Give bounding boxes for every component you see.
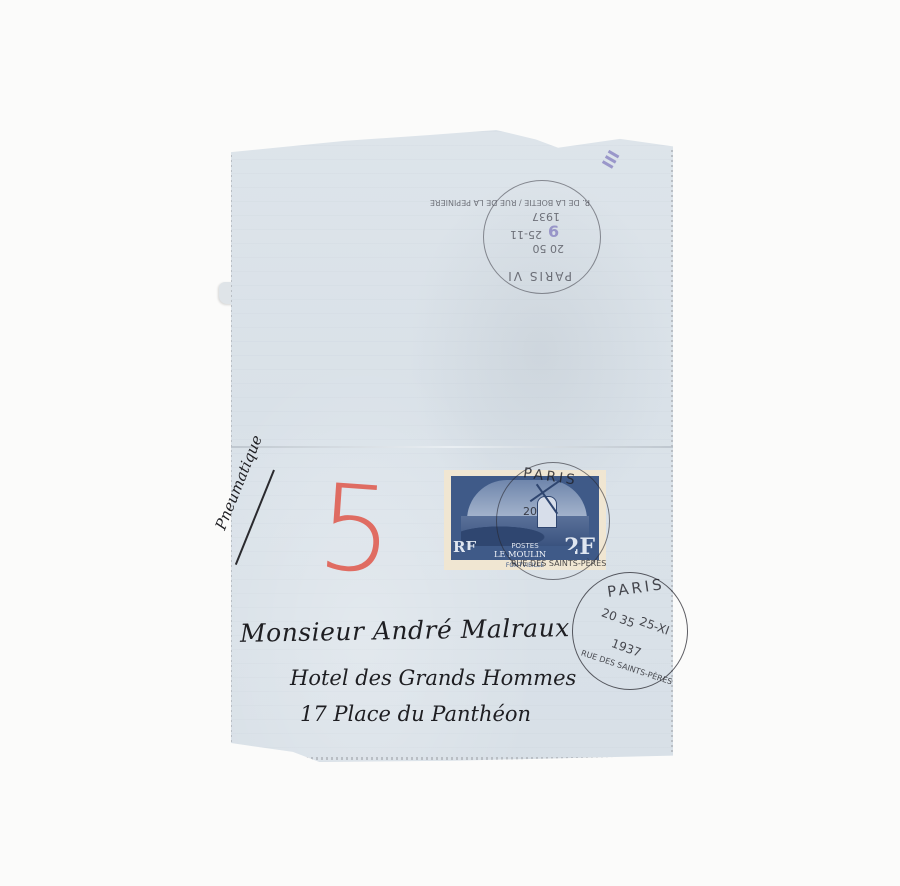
postmark-back-date: 25-11 xyxy=(510,228,542,241)
postmark-stamp-cancel: PARIS 20 RUE DES SAINTS-PÈRES xyxy=(496,462,610,580)
perforation-bottom xyxy=(291,757,673,760)
postmark-stamp-office: RUE DES SAINTS-PÈRES xyxy=(511,559,606,568)
postmark-front-time: 20 35 xyxy=(600,606,637,631)
postmark-back-office: R. DE LA BOETIE / RUE DE LA PEPINIERE xyxy=(430,198,590,207)
address-line-2: 17 Place du Panthéon xyxy=(300,702,531,726)
address-line-1: Hotel des Grands Hommes xyxy=(290,666,576,690)
fold-line xyxy=(231,446,673,448)
postmark-stamp-time: 20 xyxy=(523,505,537,518)
postmark-front-date: 25-XI xyxy=(638,614,672,638)
postmark-stamp-location: PARIS xyxy=(522,465,579,488)
torn-flap xyxy=(219,282,233,304)
postmark-back: PARIS VI 20 50 25-11 1937 R. DE LA BOETI… xyxy=(483,180,601,294)
address-recipient: Monsieur André Malraux xyxy=(240,613,570,648)
postmark-back-time: 20 50 xyxy=(533,242,565,255)
violet-mark-number: 6 xyxy=(548,222,559,241)
red-pencil-number: 5 xyxy=(314,468,397,591)
postmark-back-location: PARIS VI xyxy=(506,269,572,283)
postmark-front: PARIS 20 35 25-XI 1937 RUE DES SAINTS-PÈ… xyxy=(572,572,688,690)
postmark-front-location: PARIS xyxy=(606,575,666,601)
postmark-front-year: 1937 xyxy=(610,636,643,660)
